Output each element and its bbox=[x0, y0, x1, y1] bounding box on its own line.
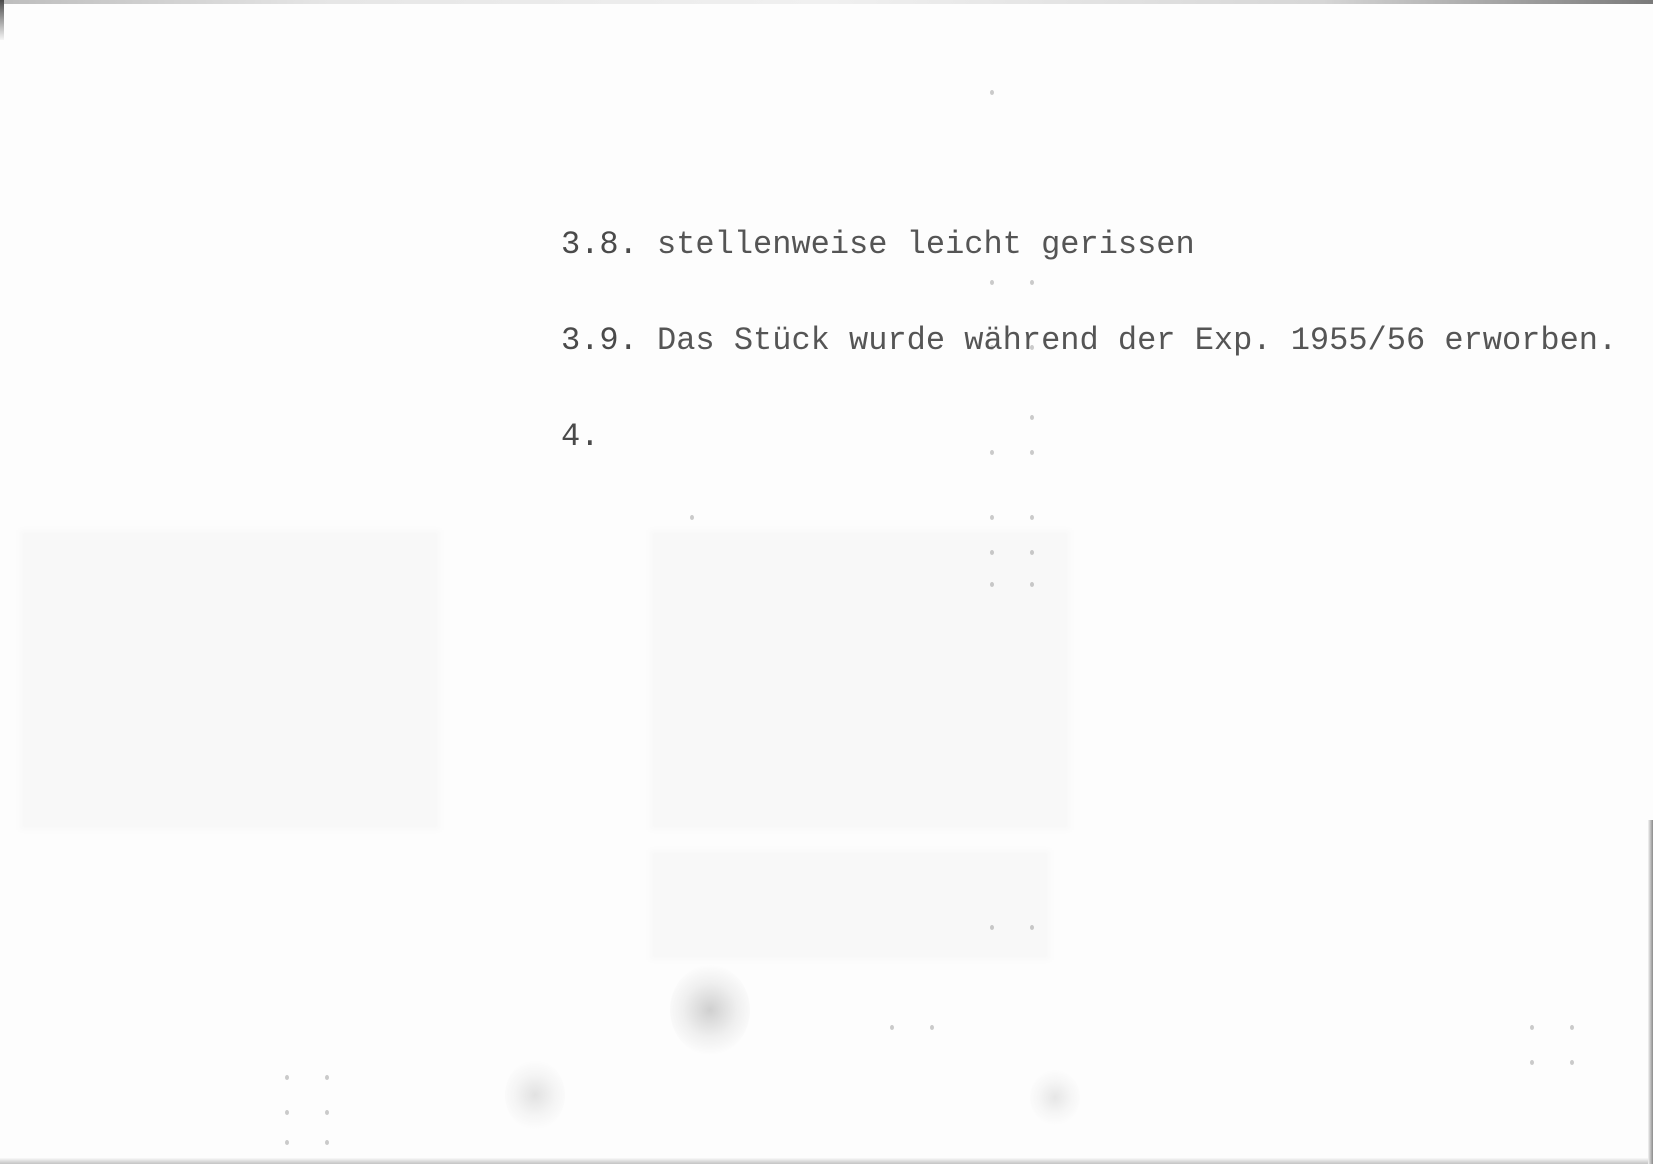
entry-number: 3.8. bbox=[561, 226, 638, 263]
typed-entries: 3.8. stellenweise leicht gerissen 3.9. D… bbox=[561, 165, 1617, 517]
entry-number: 4. bbox=[561, 418, 599, 455]
ink-smudge bbox=[670, 965, 750, 1055]
index-card: 3.8. stellenweise leicht gerissen 3.9. D… bbox=[0, 0, 1653, 1164]
scan-edge-bottom bbox=[0, 1158, 1653, 1164]
paper-speck bbox=[990, 925, 994, 930]
paper-speck bbox=[1030, 582, 1034, 587]
entry-text: stellenweise leicht gerissen bbox=[657, 226, 1195, 263]
show-through-center bbox=[650, 530, 1070, 830]
ink-smudge bbox=[505, 1060, 565, 1130]
entry-3-8: 3.8. stellenweise leicht gerissen bbox=[561, 229, 1617, 261]
paper-speck bbox=[1530, 1025, 1534, 1030]
paper-speck bbox=[325, 1075, 329, 1080]
scan-edge-left bbox=[0, 0, 4, 40]
entry-3-9: 3.9. Das Stück wurde während der Exp. 19… bbox=[561, 325, 1617, 357]
paper-speck bbox=[990, 582, 994, 587]
entry-number: 3.9. bbox=[561, 322, 638, 359]
entry-4: 4. bbox=[561, 421, 1617, 453]
paper-speck bbox=[325, 1110, 329, 1115]
paper-speck bbox=[1030, 925, 1034, 930]
paper-speck bbox=[325, 1140, 329, 1145]
paper-speck bbox=[1030, 550, 1034, 555]
paper-speck bbox=[990, 550, 994, 555]
paper-speck bbox=[1570, 1025, 1574, 1030]
paper-speck bbox=[285, 1075, 289, 1080]
paper-speck bbox=[930, 1025, 934, 1030]
paper-speck bbox=[285, 1140, 289, 1145]
paper-speck bbox=[890, 1025, 894, 1030]
ink-smudge bbox=[1030, 1070, 1080, 1125]
scan-edge-top bbox=[0, 0, 1653, 4]
scan-edge-right bbox=[1648, 820, 1653, 1164]
paper-speck bbox=[990, 90, 994, 95]
show-through-bottom bbox=[650, 850, 1050, 960]
paper-speck bbox=[1570, 1060, 1574, 1065]
entry-text: Das Stück wurde während der Exp. 1955/56… bbox=[657, 322, 1617, 359]
show-through-left bbox=[20, 530, 440, 830]
paper-speck bbox=[1530, 1060, 1534, 1065]
paper-speck bbox=[285, 1110, 289, 1115]
